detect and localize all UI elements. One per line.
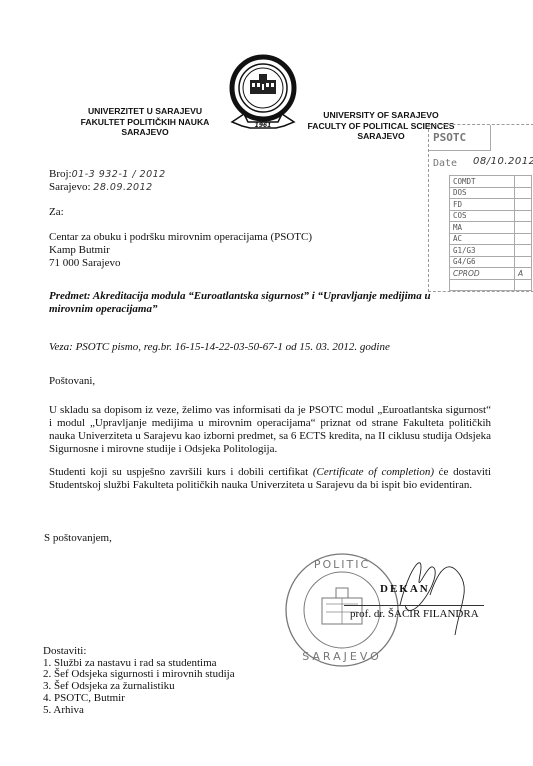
distribution-item: 5. Arhiva xyxy=(43,705,235,717)
reference-block: Broj:01-3 932-1 / 2012 Sarajevo: 28.09.2… xyxy=(49,168,166,194)
faculty-seal-logo: 1961 xyxy=(226,52,300,134)
routing-row-value: A xyxy=(515,268,532,280)
routing-row-label: FD xyxy=(450,199,515,211)
distribution-list: Dostaviti: 1. Službi za nastavu i rad sa… xyxy=(43,646,235,716)
stamp-title: PSOTC xyxy=(429,125,491,151)
stamp-date-label: Date xyxy=(433,158,457,169)
routing-row-label: COS xyxy=(450,210,515,222)
number-label: Broj: xyxy=(49,168,72,180)
place-label: Sarajevo: xyxy=(49,181,91,193)
routing-row-label: COMDT xyxy=(450,176,515,188)
distribution-item: 4. PSOTC, Butmir xyxy=(43,693,235,705)
address-line: Centar za obuku i podršku mirovnim opera… xyxy=(49,231,312,244)
signatory-name: prof. dr. ŠAĆIR FILANDRA xyxy=(350,608,479,621)
recipient-label: Za: xyxy=(49,206,64,219)
university-name-bs: UNIVERZITET U SARAJEVU FAKULTET POLITIČK… xyxy=(70,106,220,138)
recipient-address: Centar za obuku i podršku mirovnim opera… xyxy=(49,231,312,270)
body-paragraph-2: Studenti koji su uspješno završili kurs … xyxy=(49,466,491,492)
svg-text:POLITIČ: POLITIČ xyxy=(314,558,370,571)
routing-row-label: DOS xyxy=(450,187,515,199)
routing-row-handwritten: CPROD xyxy=(450,268,515,280)
svg-text:1961: 1961 xyxy=(255,122,272,129)
salutation: Poštovani, xyxy=(49,375,95,388)
paragraph-italic: (Certificate of completion) xyxy=(313,466,434,478)
header-right-line: UNIVERSITY OF SARAJEVO xyxy=(306,110,456,121)
address-line: Kamp Butmir xyxy=(49,244,312,257)
stamp-date-value: 08/10.2012 xyxy=(473,156,533,167)
stamp-routing-table: COMDT DOS FD COS MA AC G1/G3 G4/G6 CPROD… xyxy=(449,175,532,291)
paragraph-text: Studenti koji su uspješno završili kurs … xyxy=(49,466,313,478)
routing-row-label: G4/G6 xyxy=(450,256,515,268)
address-line: 71 000 Sarajevo xyxy=(49,257,312,270)
date-value: 28.09.2012 xyxy=(93,182,152,193)
distribution-label: Dostaviti: xyxy=(43,646,235,658)
closing: S poštovanjem, xyxy=(44,532,112,545)
header-left-line: UNIVERZITET U SARAJEVU xyxy=(70,106,220,117)
signature-line xyxy=(344,605,484,606)
header-left-line: SARAJEVO xyxy=(70,127,220,138)
routing-row-label: AC xyxy=(450,233,515,245)
routing-row-label: G1/G3 xyxy=(450,245,515,257)
connection-line: Veza: PSOTC pismo, reg.br. 16-15-14-22-0… xyxy=(49,341,390,354)
header-left-line: FAKULTET POLITIČKIH NAUKA xyxy=(70,117,220,128)
svg-text:SARAJEVO: SARAJEVO xyxy=(302,650,382,663)
body-paragraph-1: U skladu sa dopisom iz veze, želimo vas … xyxy=(49,404,491,456)
number-value: 01-3 932-1 / 2012 xyxy=(72,169,166,180)
subject-line: Predmet: Akreditacija modula “Euroatlant… xyxy=(49,290,469,316)
routing-row-label: MA xyxy=(450,222,515,234)
signatory-title: DEKAN xyxy=(380,583,430,596)
psotc-received-stamp: PSOTC Date 08/10.2012 COMDT DOS FD COS M… xyxy=(428,124,533,292)
